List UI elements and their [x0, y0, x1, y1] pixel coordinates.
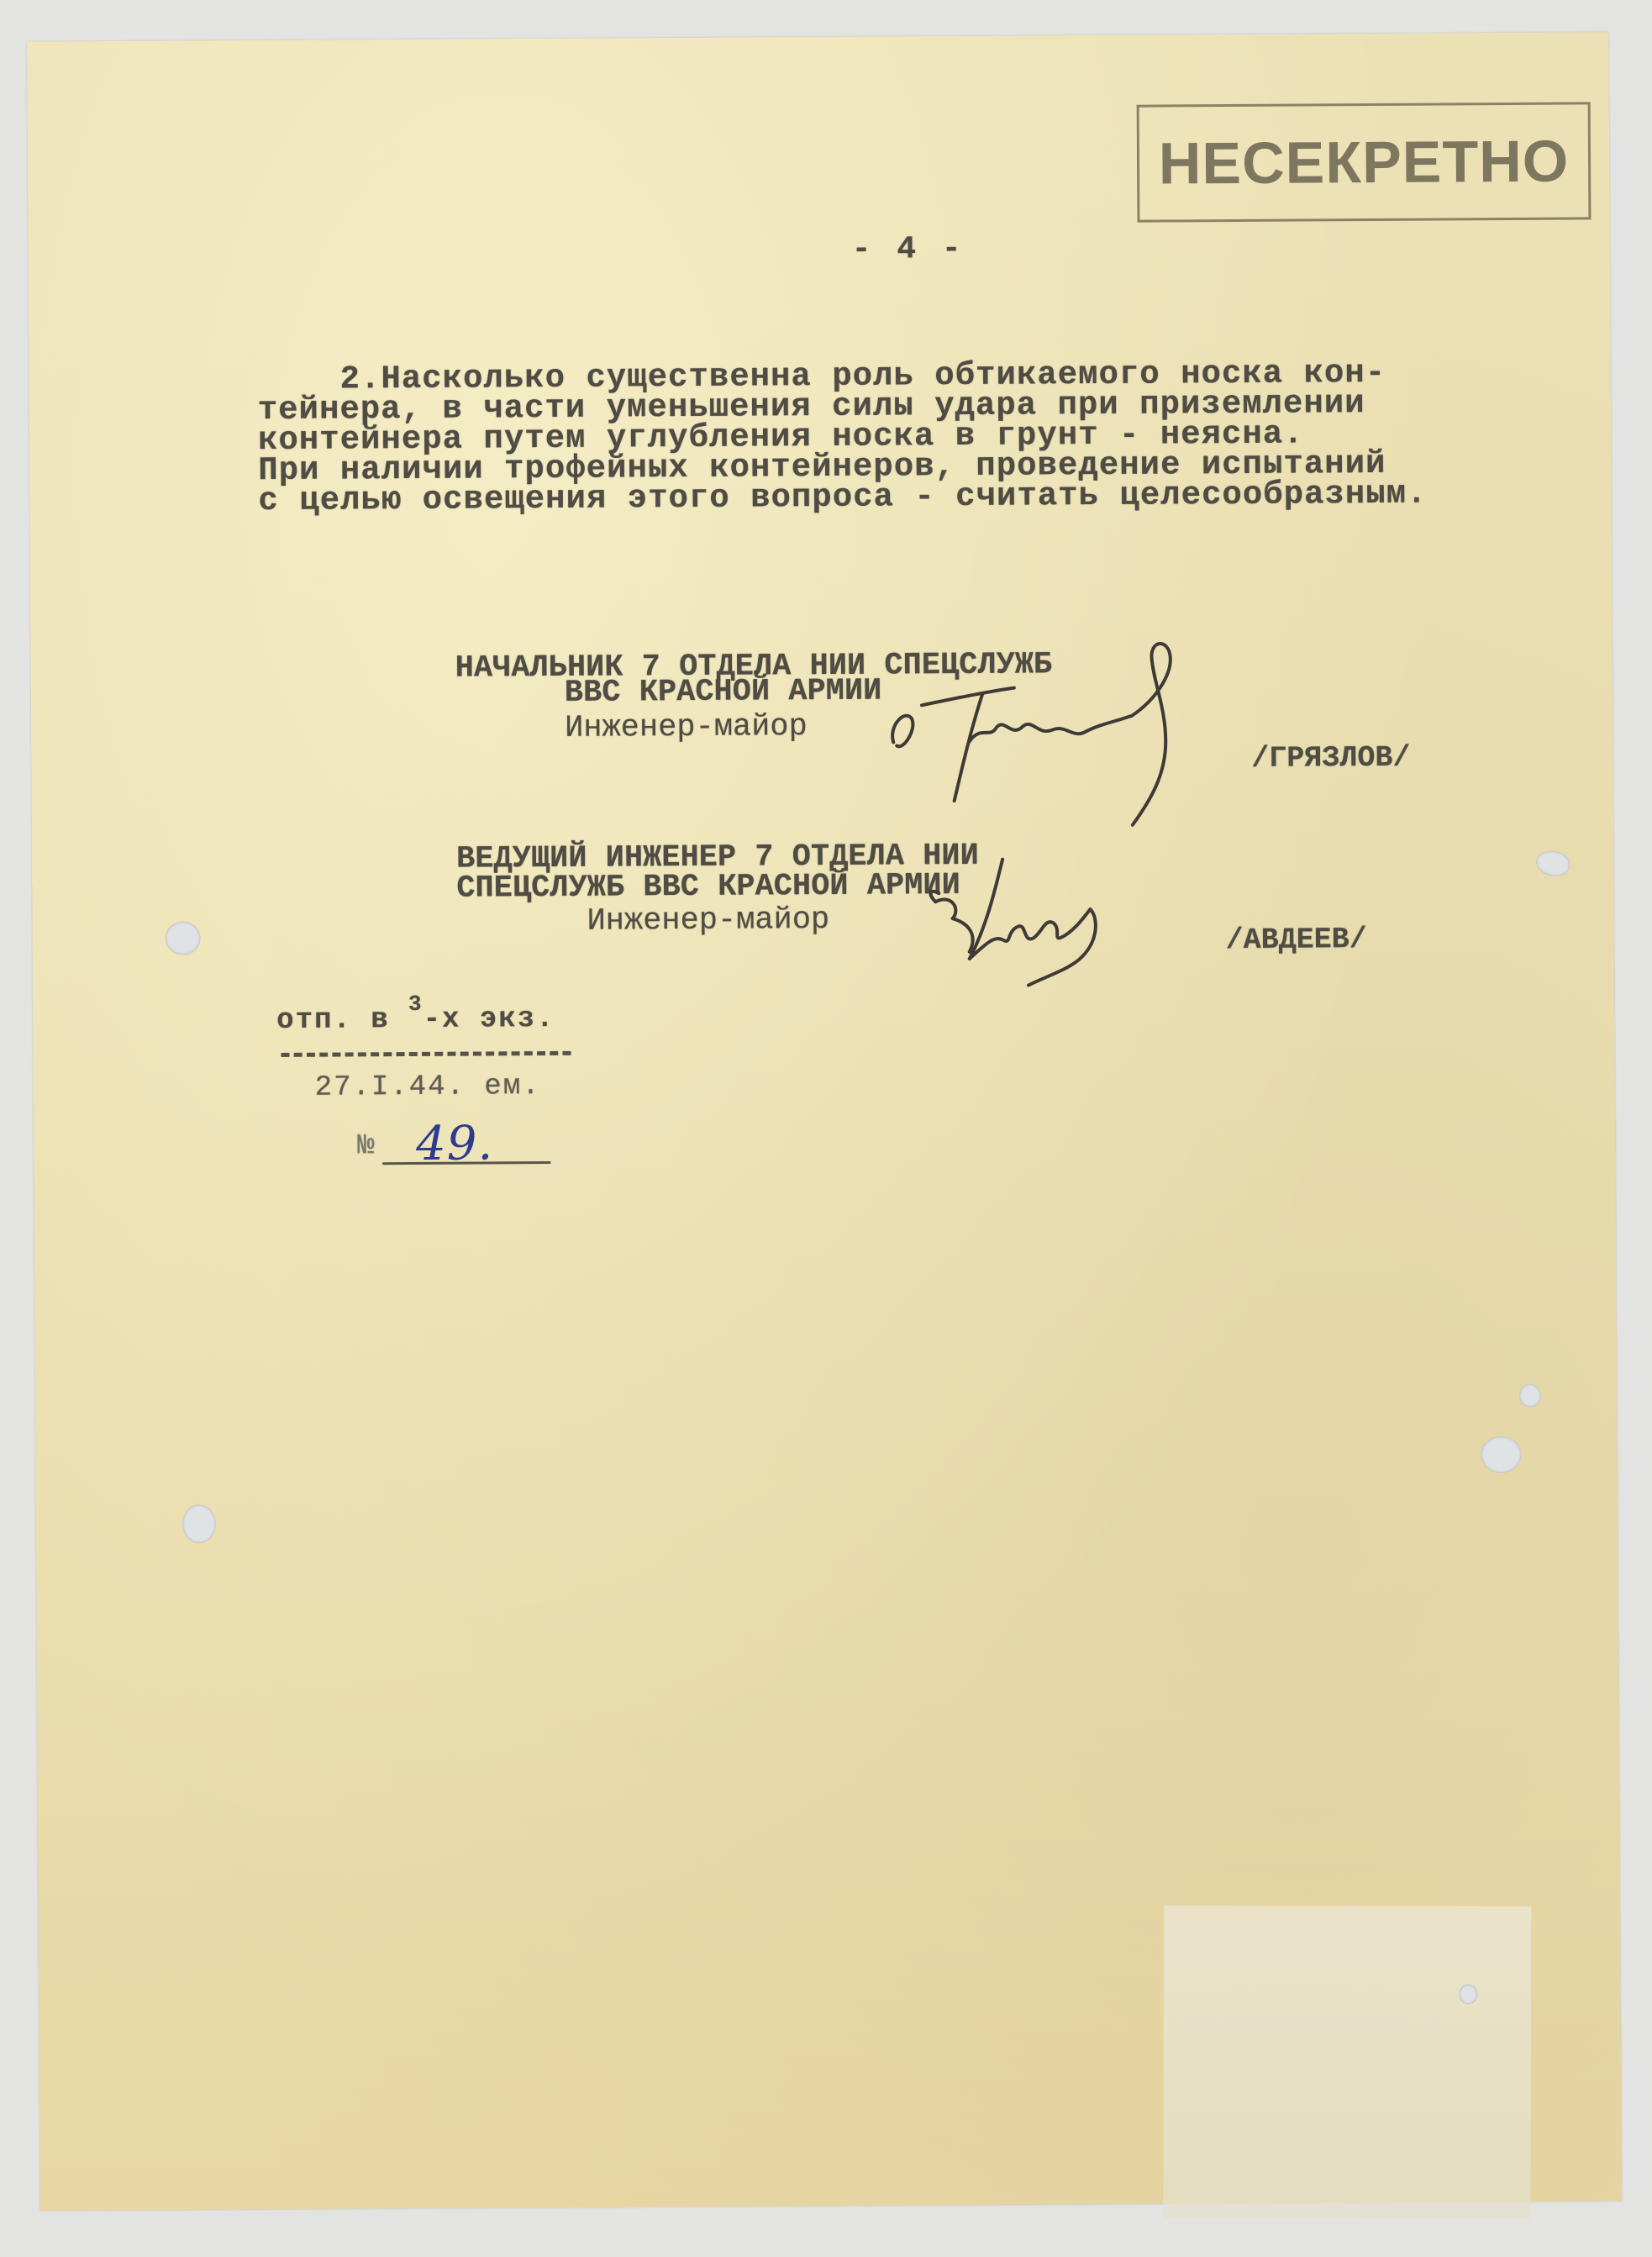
punch-hole	[166, 922, 201, 955]
tape-patch	[1163, 1906, 1531, 2219]
number-underline	[382, 1161, 550, 1165]
dashed-divider	[281, 1051, 571, 1057]
dispatch-date: 27.I.44. ем.	[315, 1071, 541, 1104]
dispatch-note: отп. в 3-х экз. 27.I.44. ем. № 49.	[27, 32, 1608, 41]
classification-stamp: НЕСЕКРЕТНО	[1137, 102, 1591, 222]
document-page: НЕСЕКРЕТНО - 4 - 2.Насколько существенна…	[27, 32, 1622, 2210]
signatory-block-2: ВЕДУЩИЙ ИНЖЕНЕР 7 ОТДЕЛА НИИ СПЕЦСЛУЖБ В…	[27, 32, 1608, 41]
signatory-block-1: НАЧАЛЬНИК 7 ОТДЕЛА НИИ СПЕЦСЛУЖБ ВВС КРА…	[27, 32, 1608, 41]
page-number: - 4 -	[852, 231, 965, 268]
signatory-name: /ГРЯЗЛОВ/	[1251, 741, 1410, 776]
signatory-title-line: СПЕЦСЛУЖБ ВВС КРАСНОЙ АРМИИ	[456, 868, 960, 907]
punch-hole	[1459, 1984, 1477, 2004]
classification-stamp-text: НЕСЕКРЕТНО	[1159, 128, 1570, 197]
signatory-rank: Инженер-майор	[587, 902, 829, 939]
paragraph-line: с целью освещения этого вопроса - считат…	[258, 476, 1427, 519]
punch-hole	[1519, 1384, 1541, 1407]
punch-hole	[1536, 851, 1570, 876]
copies-suffix: -х экз.	[424, 1003, 555, 1036]
signatory-rank: Инженер-майор	[565, 709, 808, 746]
number-label: №	[357, 1130, 376, 1162]
signatory-title-line: ВВС КРАСНОЙ АРМИИ	[565, 674, 882, 711]
signature-icon	[888, 656, 1192, 843]
punch-hole	[1481, 1436, 1521, 1473]
punch-hole	[182, 1504, 216, 1543]
copies-prefix: отп. в	[276, 1004, 408, 1037]
copies-note: отп. в 3-х экз.	[276, 1003, 555, 1037]
signatory-name: /АВДЕЕВ/	[1226, 923, 1367, 957]
copies-count: 3	[408, 992, 424, 1017]
signature-icon	[918, 859, 1155, 995]
